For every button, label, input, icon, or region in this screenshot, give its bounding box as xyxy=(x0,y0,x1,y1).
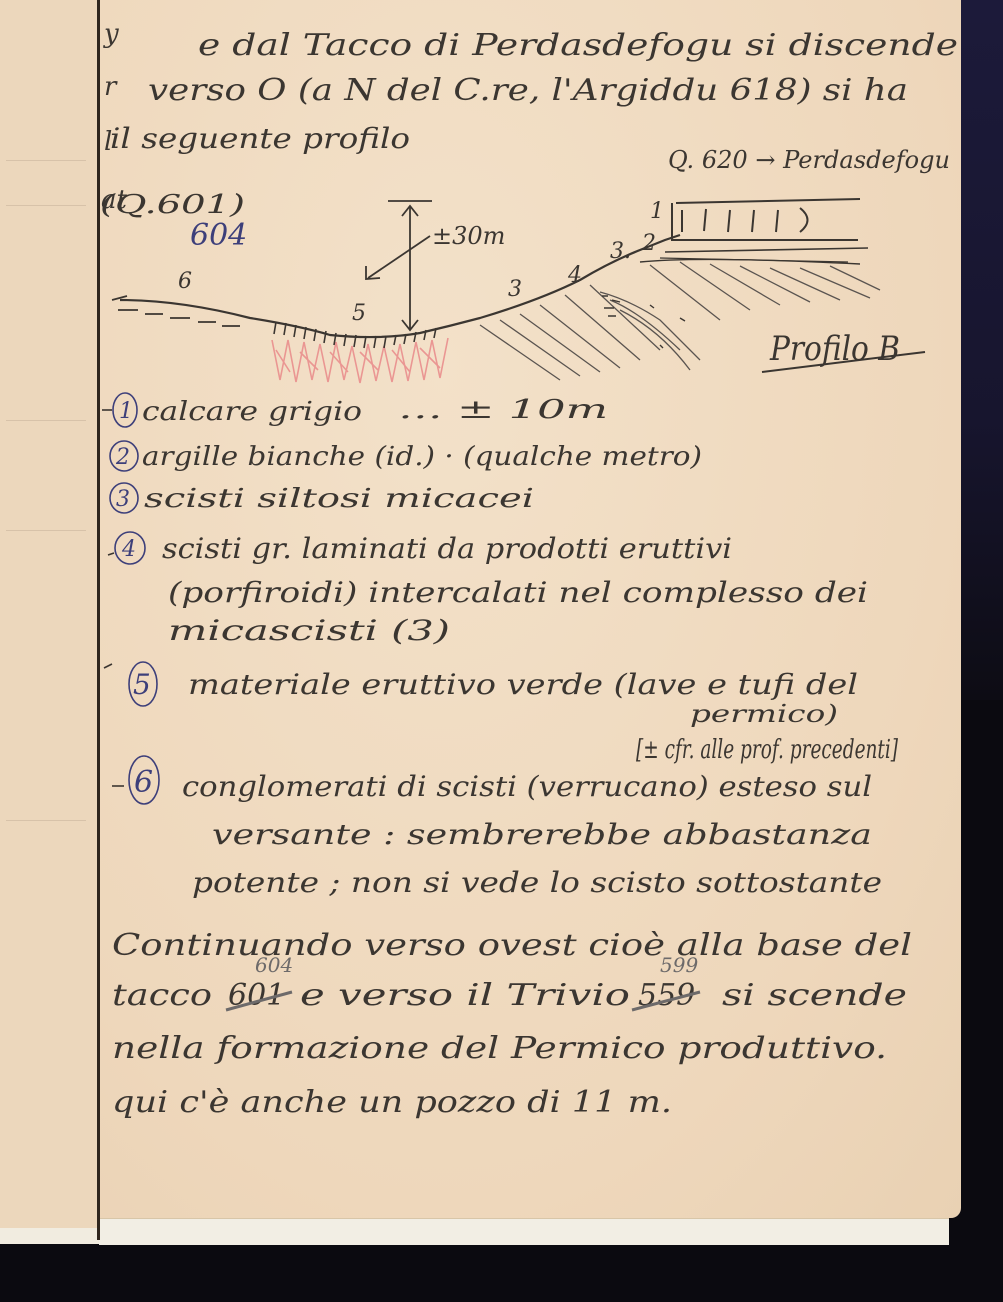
paragraph-word: tacco xyxy=(112,978,212,1013)
paragraph-word: e verso il Trivio xyxy=(300,978,630,1013)
legend-item-4: scisti gr. laminati da prodotti eruttivi xyxy=(162,532,732,565)
paragraph-word: si scende xyxy=(722,978,907,1013)
layer-label-5: 5 xyxy=(352,301,366,326)
legend-number: 6 xyxy=(134,765,153,800)
header-line-2: verso O (a N del C.re, l'Argiddu 618) si… xyxy=(148,73,908,108)
margin-mark: y xyxy=(103,19,119,49)
margin-mark: r xyxy=(104,72,118,102)
left-elevation-label: (Q.601) xyxy=(100,190,245,220)
legend-item-6: conglomerati di scisti (verrucano) estes… xyxy=(182,770,872,803)
legend-number: 3 xyxy=(116,487,130,512)
geological-profile-diagram: (Q.601) 604 6 5 3 4 3. 2 1 xyxy=(100,190,925,383)
left-margin-marks: y r l at xyxy=(101,19,128,215)
elevation-correction: 604 xyxy=(255,953,293,977)
header-line-3: il seguente profilo xyxy=(110,122,410,155)
legend-item-6-cont: potente ; non si vede lo scisto sottosta… xyxy=(192,866,882,899)
paragraph-line-4: qui c'è anche un pozzo di 11 m. xyxy=(112,1085,672,1120)
porphyroid-marks xyxy=(602,296,685,348)
layer-label-2: 2 xyxy=(641,231,656,256)
legend-item-3: scisti siltosi micacei xyxy=(144,484,534,514)
legend-item-5: materiale eruttivo verde (lave e tufi de… xyxy=(188,668,858,701)
legend-number: 1 xyxy=(119,399,133,424)
legend-number: 2 xyxy=(115,445,130,470)
handwriting-layer: y r l at e dal Tacco di Perdasdefogu si … xyxy=(0,0,1003,1302)
layer-label-1: 1 xyxy=(650,199,664,224)
legend-item-4-cont: micascisti (3) xyxy=(168,614,450,647)
left-elevation-correction: 604 xyxy=(190,218,247,253)
layer-label-4: 4 xyxy=(567,263,582,288)
height-note: ±30m xyxy=(432,222,505,250)
closing-paragraph: Continuando verso ovest cioè alla base d… xyxy=(112,928,912,1120)
legend-number: 4 xyxy=(121,537,136,562)
header-line-1: e dal Tacco di Perdasdefogu si discende xyxy=(198,28,958,63)
legend-item-6-cont: versante : sembrerebbe abbastanza xyxy=(212,818,872,851)
legend: 1 calcare grigio … ± 10m 2 argille bianc… xyxy=(102,393,899,899)
layer-label-3-upper: 3. xyxy=(610,239,631,264)
legend-number: 5 xyxy=(133,668,151,701)
header-text: e dal Tacco di Perdasdefogu si discende … xyxy=(110,28,958,174)
legend-item-2: argille bianche (id.) · (qualche metro) xyxy=(142,442,702,472)
paragraph-line-3: nella formazione del Permico produttivo. xyxy=(112,1031,887,1066)
plateau-strata xyxy=(640,199,868,264)
elevation-correction: 599 xyxy=(660,953,698,977)
red-pencil-shading xyxy=(272,338,448,383)
paragraph-line-1: Continuando verso ovest cioè alla base d… xyxy=(112,928,912,963)
legend-item-5-note: [± cfr. alle prof. precedenti] xyxy=(636,735,899,765)
elevation-note: Q. 620 → Perdasdefogu xyxy=(668,146,950,174)
layer-label-3: 3 xyxy=(508,277,522,302)
legend-item-1-note: … ± 10m xyxy=(398,395,608,425)
legend-item-1: calcare grigio xyxy=(142,397,362,427)
height-arrow xyxy=(366,201,432,330)
layer-label-6: 6 xyxy=(178,269,192,294)
legend-item-5-cont: permico) xyxy=(690,700,838,728)
legend-item-4-cont: (porfiroidi) intercalati nel complesso d… xyxy=(168,576,868,609)
